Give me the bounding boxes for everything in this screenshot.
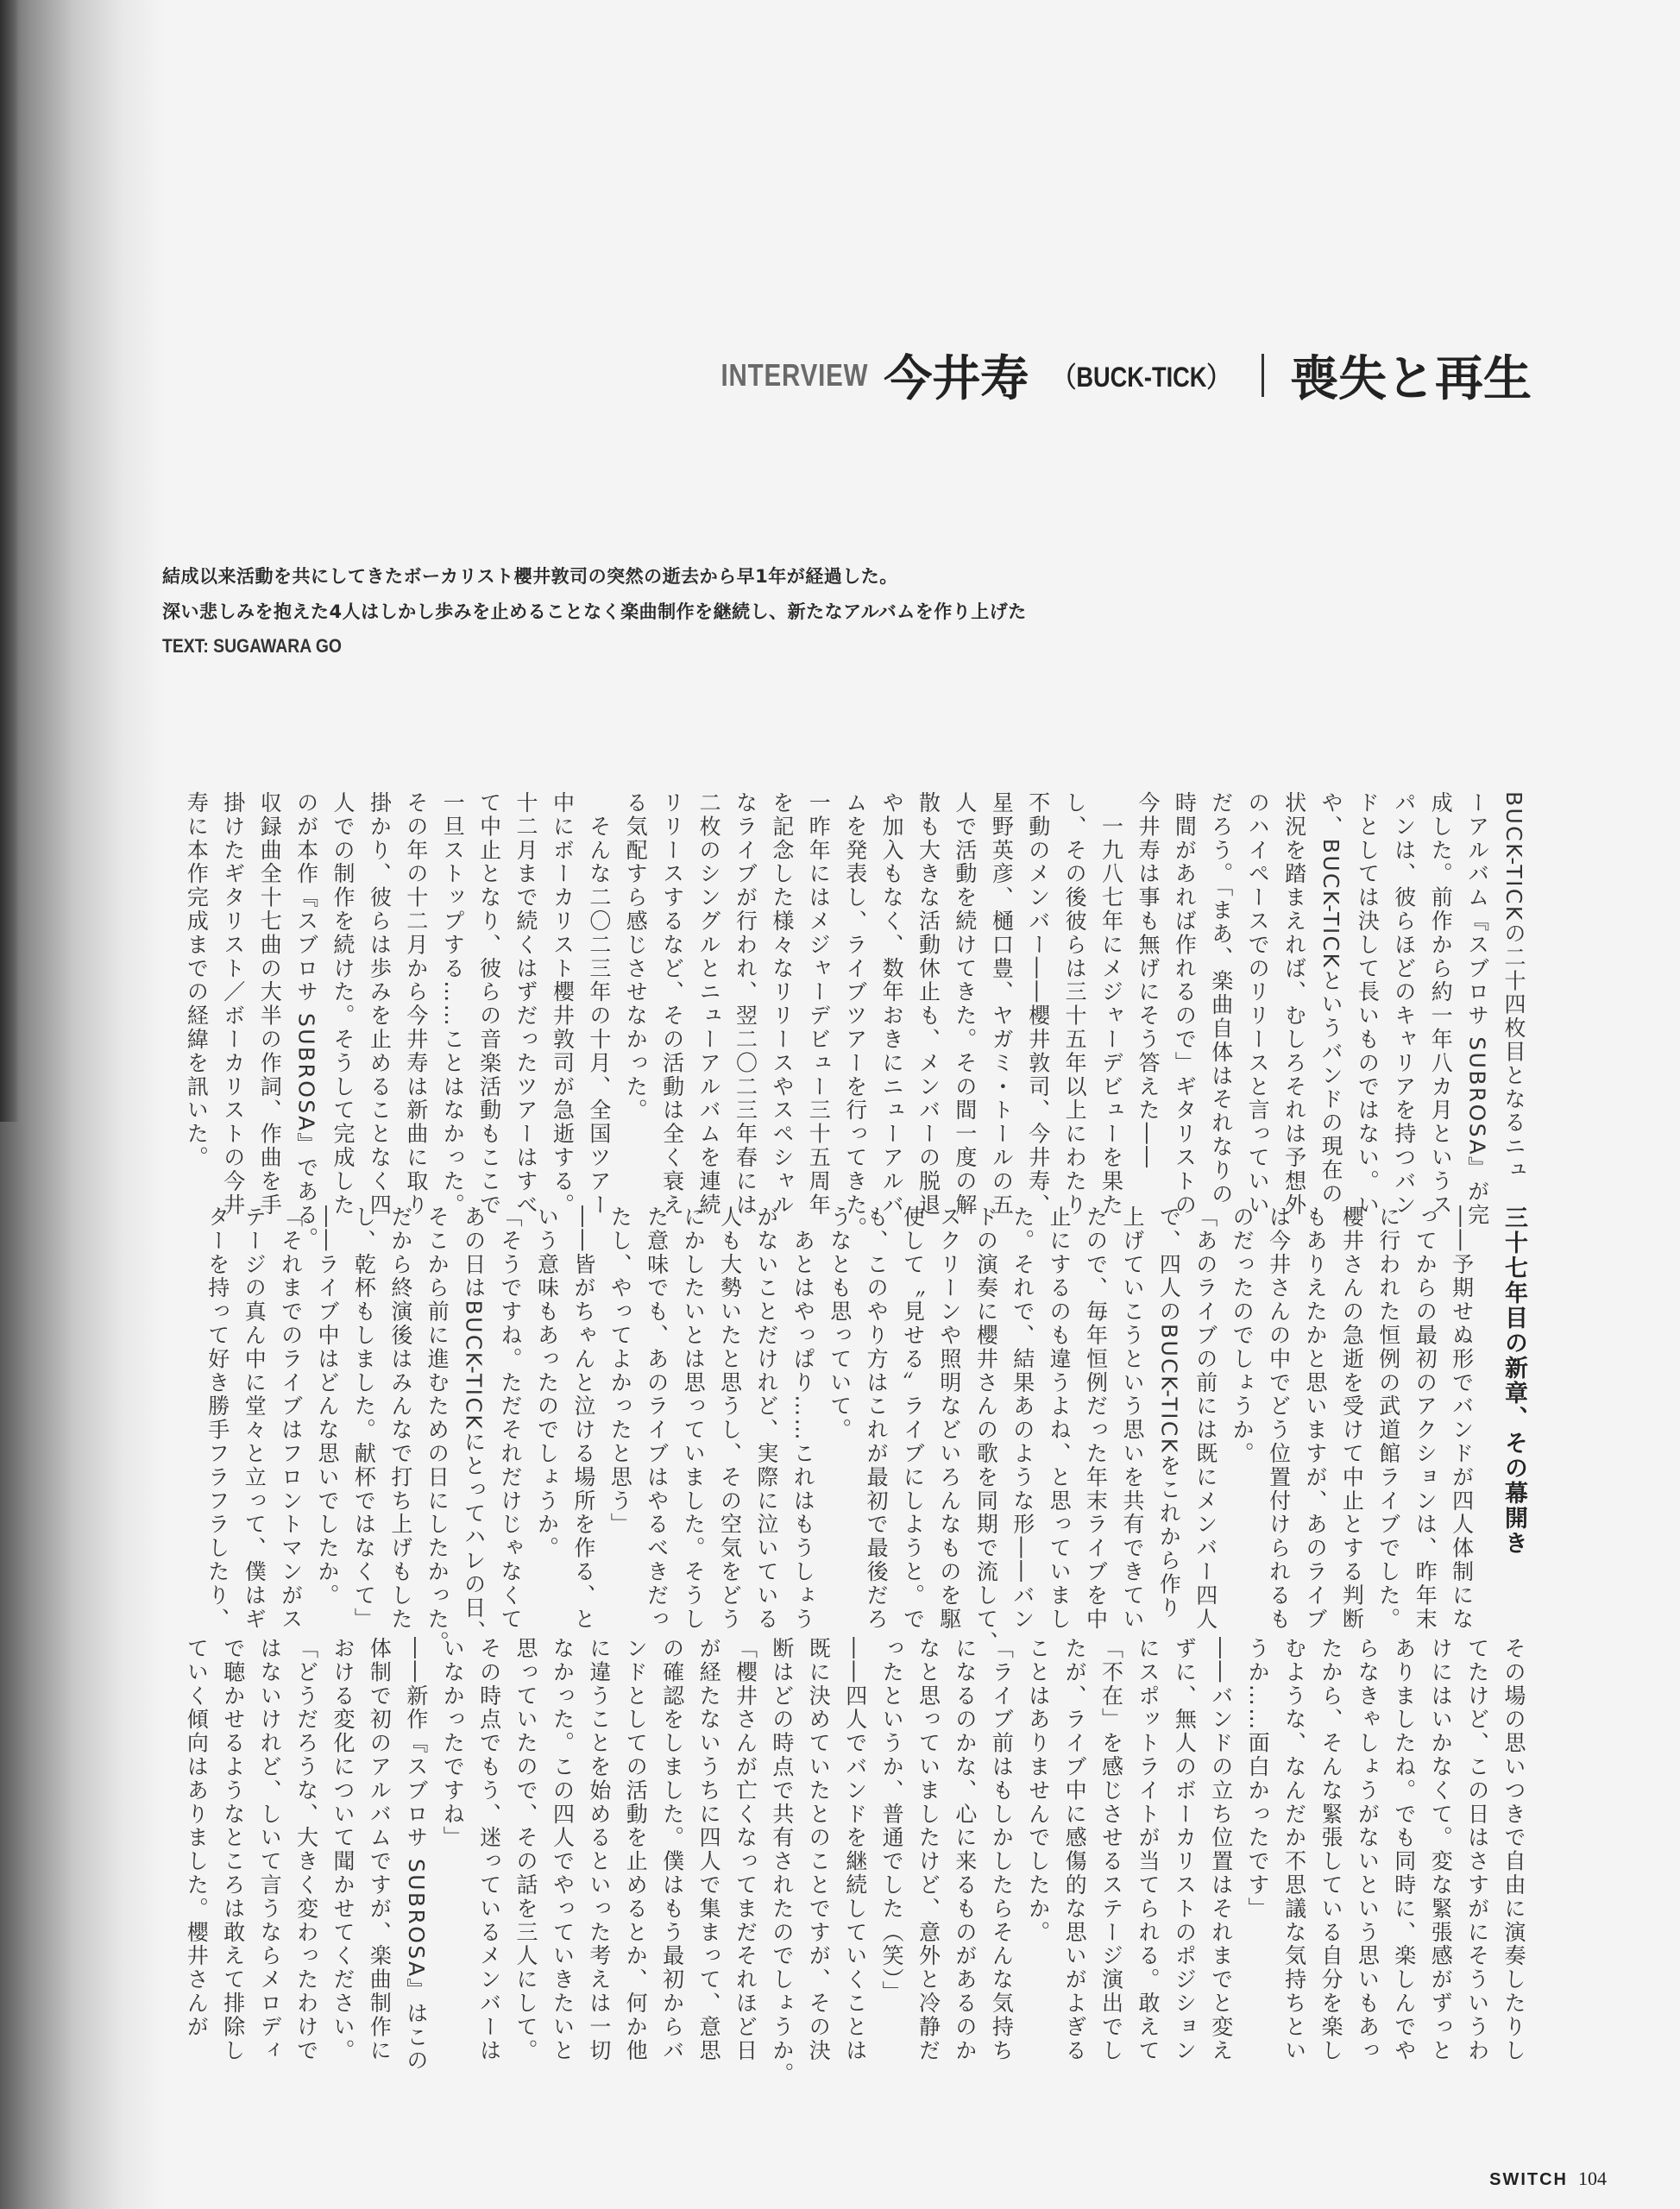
text-column: 「櫻井さんが亡くなってまだそれほど日	[727, 1637, 763, 2017]
lead-paragraph: 結成以来活動を共にしてきたボーカリスト櫻井敦司の突然の逝去から早1年が経過した。…	[162, 559, 1027, 630]
text-column: はないけれど、しいて言うならメロディ	[251, 1637, 287, 2017]
text-column: のハイペースでのリリースと言っていい	[1239, 791, 1275, 1171]
text-column: た。それで、結果あのような形――バン	[1004, 1205, 1040, 1585]
text-column: たし、やってよかったと思う」	[601, 1205, 638, 1585]
text-column: で聴かせるようなところは敢えて排除し	[214, 1637, 250, 2017]
text-column: ーアルバム『スブロサ SUBROSA』が完	[1458, 791, 1494, 1171]
article-headline: INTERVIEW 今井寿 （BUCK-TICK） 喪失と再生	[689, 341, 1532, 410]
text-column: だから終演後はみんなで打ち上げもした	[381, 1205, 418, 1585]
text-column: 一昨年にはメジャーデビュー三十五周年	[800, 791, 836, 1171]
text-column: の確認をしました。僕はもう最初からバ	[653, 1637, 689, 2017]
text-column: たから、そんな緊張している自分を楽し	[1312, 1637, 1349, 2017]
text-column: 体制で初のアルバムですが、楽曲制作に	[361, 1637, 397, 2017]
text-column: 櫻井さんの急逝を受けて中止とする判断	[1333, 1205, 1369, 1585]
text-column: パンは、彼らほどのキャリアを持つバン	[1385, 791, 1421, 1171]
text-column: ずに、無人のボーカリストのポジション	[1166, 1637, 1202, 2017]
text-column: 「ライブ前はもしかしたらそんな気持ち	[983, 1637, 1019, 2017]
text-column: 人で活動を続けてきた。その間一度の解	[947, 791, 983, 1171]
text-column: 散も大きな活動休止も、メンバーの脱退	[909, 791, 946, 1171]
lead-line: 深い悲しみを抱えた4人はしかし歩みを止めることなく楽曲制作を継続し、新たなアルバ…	[162, 595, 1027, 630]
text-column: 十二月まで続くはずだったツアーはすべ	[507, 791, 544, 1171]
text-column: いう意味もあったのでしょうか。	[528, 1205, 564, 1585]
text-column: 上げていこうという思いを共有できてい	[1114, 1205, 1150, 1585]
text-column: 人での制作を続けた。そうして完成した	[324, 791, 361, 1171]
text-column: なかった。この四人でやっていきたいと	[544, 1637, 580, 2017]
text-column: ――予期せぬ形でバンドが四人体制にな	[1443, 1205, 1479, 1585]
text-column: ドの演奏に櫻井さんの歌を同期で流して、	[967, 1205, 1004, 1585]
text-column: 「そうですね。ただそれだけじゃなくて	[492, 1205, 528, 1585]
text-column: 「不在」を感じさせるステージ演出でし	[1092, 1637, 1129, 2017]
text-column: ――バンドの立ち位置はそれまでと変え	[1202, 1637, 1238, 2017]
text-column: 時間があれば作れるので」ギタリストの	[1166, 791, 1202, 1171]
text-column: ――新作『スブロサ SUBROSA』はこの	[397, 1637, 433, 2017]
text-column: リリースするなど、その活動は全く衰え	[653, 791, 689, 1171]
text-column: 「あのライブの前には既にメンバー四人	[1186, 1205, 1223, 1585]
text-column: ありましたね。でも同時に、楽しんでや	[1385, 1637, 1421, 2017]
text-column: うなとも思っていて。	[821, 1205, 857, 1585]
text-column: 掛けたギタリスト／ボーカリストの今井	[214, 791, 250, 1171]
text-column: ンドとしての活動を止めるとか、何か他	[617, 1637, 653, 2017]
text-column: て中止となり、彼らの音楽活動もここで	[470, 791, 507, 1171]
text-column: おける変化について聞かせてください。	[324, 1637, 361, 2017]
text-column: その年の十二月から今井寿は新曲に取り	[397, 791, 433, 1171]
text-column: 既に決めていたとのことですが、その決	[800, 1637, 836, 2017]
text-column: てたけど、この日はさすがにそういうわ	[1458, 1637, 1494, 2017]
text-column: 成した。前作から約一年八カ月というス	[1422, 791, 1458, 1171]
text-column: なライブが行われ、翌二〇二三年春には	[727, 791, 763, 1171]
text-column: ことはありませんでしたか。	[1019, 1637, 1055, 2017]
interviewee-name: 今井寿	[884, 341, 1029, 410]
text-column: も、このやり方はこれが最初で最後だろ	[858, 1205, 894, 1585]
text-column: 星野英彦、樋口豊、ヤガミ・トールの五	[983, 791, 1019, 1171]
headline-divider	[1262, 354, 1264, 397]
text-column: 一旦ストップする……ことはなかった。	[434, 791, 470, 1171]
text-column: ていく傾向はありました。櫻井さんが	[178, 1637, 214, 2017]
body-tier-2: 三十七年目の新章、その幕開き ――予期せぬ形でバンドが四人体制になってからの最初…	[160, 1205, 1532, 1585]
text-column: し、その後彼らは三十五年以上にわたり	[1056, 791, 1092, 1171]
text-column: そこから前に進むための日にしたかった。	[418, 1205, 455, 1585]
text-column: に違うことを始めるといった考えは一切	[580, 1637, 616, 2017]
text-column: 今井寿は事も無げにそう答えた――	[1129, 791, 1166, 1171]
page-footer: SWITCH 104	[1489, 2168, 1607, 2190]
text-column: し、乾杯もしました。献杯ではなくて」	[345, 1205, 381, 1585]
text-column: らなきゃしょうがないという思いもあっ	[1349, 1637, 1385, 2017]
text-column: あの日はBUCK-TICKにとってハレの日、	[455, 1205, 491, 1585]
text-column: あとはやっぱり……これはもうしょう	[784, 1205, 821, 1585]
text-column: むような、なんだか不思議な気持ちとい	[1275, 1637, 1312, 2017]
text-column: で、四人のBUCK-TICKをこれから作り	[1150, 1205, 1186, 1585]
article-theme: 喪失と再生	[1290, 341, 1532, 410]
text-column: や、BUCK-TICKというバンドの現在の	[1312, 791, 1349, 1171]
text-column: に行われた恒例の武道館ライブでした。	[1369, 1205, 1406, 1585]
text-column: ――ライブ中はどんな思いでしたか。	[309, 1205, 345, 1585]
text-column: テージの真ん中に堂々と立って、僕はギ	[236, 1205, 272, 1585]
text-column: 中にボーカリスト櫻井敦司が急逝する。	[544, 791, 580, 1171]
text-column: 「どうだろうな、大きく変わったわけで	[287, 1637, 324, 2017]
text-column: 思っていたので、その話を三人にして。	[507, 1637, 544, 2017]
page-binding-shadow	[0, 0, 164, 2209]
text-column: や加入もなく、数年おきにニューアルバ	[873, 791, 909, 1171]
text-column: けにはいかなくて。変な緊張感がずっと	[1422, 1637, 1458, 2017]
section-subheading: 三十七年目の新章、その幕開き	[1495, 1205, 1532, 1585]
text-column: 人も大勢いたと思うし、その空気をどう	[711, 1205, 747, 1585]
text-column: その場の思いつきで自由に演奏したりし	[1495, 1637, 1532, 2017]
text-column: ってからの最初のアクションは、昨年末	[1406, 1205, 1443, 1585]
text-column: 寿に本作完成までの経緯を訊いた。	[178, 791, 214, 1171]
text-column: いなかったですね」	[434, 1637, 470, 2017]
page-edge-shadow	[0, 0, 19, 1122]
magazine-name: SWITCH	[1489, 2170, 1568, 2190]
text-column: にかしたいとは思っていました。そうし	[675, 1205, 711, 1585]
text-column: 止にするのも違うよね、と思っていまし	[1041, 1205, 1077, 1585]
text-column: 使して〝見せる〟ライブにしようと。で	[894, 1205, 930, 1585]
text-column: BUCK-TICKの二十四枚目となるニュ	[1495, 791, 1532, 1171]
text-column: もありえたかと思いますが、あのライブ	[1297, 1205, 1333, 1585]
text-column: は今井さんの中でどう位置付けられるも	[1260, 1205, 1296, 1585]
text-column: が経たないうちに四人で集まって、意思	[690, 1637, 727, 2017]
text-column: 二枚のシングルとニューアルバムを連続	[690, 791, 727, 1171]
text-column: たので、毎年恒例だった年末ライブを中	[1077, 1205, 1113, 1585]
text-column: ――皆がちゃんと泣ける場所を作る、と	[564, 1205, 601, 1585]
text-column: スクリーンや照明などいろんなものを駆	[931, 1205, 967, 1585]
body-tier-1: BUCK-TICKの二十四枚目となるニューアルバム『スブロサ SUBROSA』が…	[160, 791, 1532, 1171]
text-column: 収録曲全十七曲の大半の作詞、作曲を手	[251, 791, 287, 1171]
text-column: のだったのでしょうか。	[1224, 1205, 1260, 1585]
text-column: その時点でもう、迷っているメンバーは	[470, 1637, 507, 2017]
text-column: ――四人でバンドを継続していくことは	[836, 1637, 872, 2017]
text-column: うか……面白かったです」	[1239, 1637, 1275, 2017]
text-column: を記念した様々なリリースやスペシャル	[763, 791, 799, 1171]
text-column: ムを発表し、ライブツアーを行ってきた。	[836, 791, 872, 1171]
text-column: のが本作『スブロサ SUBROSA』である。	[287, 791, 324, 1171]
text-column: る気配すら感じさせなかった。	[617, 791, 653, 1171]
text-column: になるのかな、心に来るものがあるのか	[947, 1637, 983, 2017]
band-name: （BUCK-TICK）	[1053, 356, 1230, 395]
section-label: INTERVIEW	[720, 357, 868, 393]
text-column: そんな二〇二三年の十月、全国ツアー	[580, 791, 616, 1171]
text-column: ドとしては決して長いものではない。い	[1349, 791, 1385, 1171]
text-column: 一九八七年にメジャーデビューを果た	[1092, 791, 1129, 1171]
text-column: た意味でも、あのライブはやるべきだっ	[638, 1205, 674, 1585]
text-column: だろう。「まあ、楽曲自体はそれなりの	[1202, 791, 1238, 1171]
text-column: 不動のメンバー――櫻井敦司、今井寿、	[1019, 791, 1055, 1171]
body-tier-3: その場の思いつきで自由に演奏したりしてたけど、この日はさすがにそういうわけにはい…	[160, 1637, 1532, 2017]
text-column: 掛かり、彼らは歩みを止めることなく四	[361, 791, 397, 1171]
text-column: にスポットライトが当てられる。敢えて	[1129, 1637, 1166, 2017]
text-credit: TEXT: SUGAWARA GO	[162, 635, 342, 658]
text-column: 断はどの時点で共有されたのでしょうか。	[763, 1637, 799, 2017]
text-column: 状況を踏まえれば、むしろそれは予想外	[1275, 791, 1312, 1171]
text-column: 「それまでのライブはフロントマンがス	[272, 1205, 308, 1585]
lead-line: 結成以来活動を共にしてきたボーカリスト櫻井敦司の突然の逝去から早1年が経過した。	[162, 559, 1027, 595]
text-column: ターを持って好き勝手フラフラしたり、	[198, 1205, 235, 1585]
text-column: ったというか、普通でした（笑）」	[873, 1637, 909, 2017]
text-column: がないことだけれど、実際に泣いている	[747, 1205, 783, 1585]
page-number: 104	[1578, 2168, 1607, 2190]
text-column: なと思っていましたけど、意外と冷静だ	[909, 1637, 946, 2017]
text-column: たが、ライブ中に感傷的な思いがよぎる	[1056, 1637, 1092, 2017]
